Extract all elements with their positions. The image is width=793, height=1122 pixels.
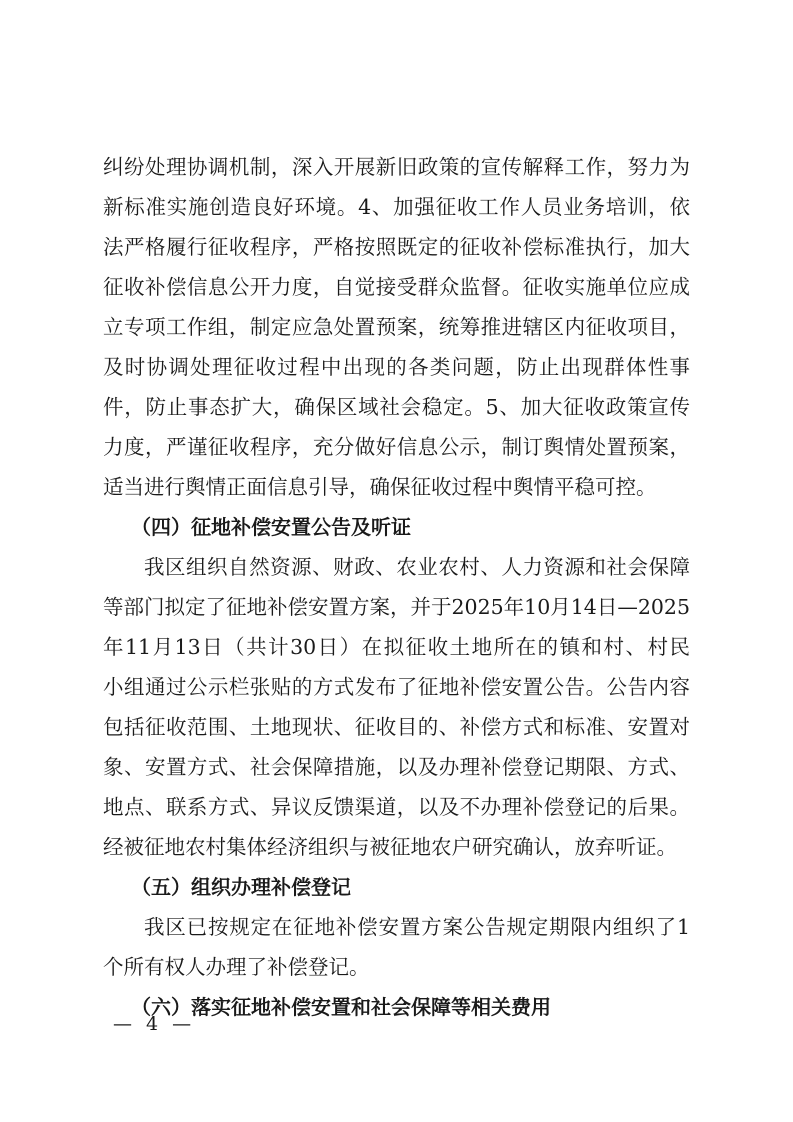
paragraph-line: 地点、联系方式、异议反馈渠道，以及不办理补偿登记的后果。 [103,787,690,827]
paragraph-line: 个所有权人办理了补偿登记。 [103,947,690,987]
document-body: 纠纷处理协调机制，深入开展新旧政策的宣传解释工作，努力为 新标准实施创造良好环境… [103,147,690,1027]
paragraph-line: 法严格履行征收程序，严格按照既定的征收补偿标准执行，加大 [103,227,690,267]
paragraph-line: 等部门拟定了征地补偿安置方案，并于2025年10月14日—2025 [103,587,690,627]
paragraph-line: 新标准实施创造良好环境。4、加强征收工作人员业务培训，依 [103,187,690,227]
paragraph-line: 我区已按规定在征地补偿安置方案公告规定期限内组织了1 [103,907,690,947]
paragraph-line: 纠纷处理协调机制，深入开展新旧政策的宣传解释工作，努力为 [103,147,690,187]
paragraph-line: 我区组织自然资源、财政、农业农村、人力资源和社会保障 [103,547,690,587]
section-heading-5: （五）组织办理补偿登记 [103,867,690,907]
paragraph-line: 征收补偿信息公开力度，自觉接受群众监督。征收实施单位应成 [103,267,690,307]
paragraph-line: 及时协调处理征收过程中出现的各类问题，防止出现群体性事 [103,347,690,387]
paragraph-line: 年11月13日（共计30日）在拟征收土地所在的镇和村、村民 [103,627,690,667]
paragraph-line: 经被征地农村集体经济组织与被征地农户研究确认，放弃听证。 [103,827,690,867]
paragraph-line: 立专项工作组，制定应急处置预案，统筹推进辖区内征收项目， [103,307,690,347]
paragraph-line: 件，防止事态扩大，确保区域社会稳定。5、加大征收政策宣传 [103,387,690,427]
paragraph-line: 适当进行舆情正面信息引导，确保征收过程中舆情平稳可控。 [103,467,690,507]
paragraph-line: 象、安置方式、社会保障措施，以及办理补偿登记期限、方式、 [103,747,690,787]
section-heading-4: （四）征地补偿安置公告及听证 [103,507,690,547]
paragraph-line: 小组通过公示栏张贴的方式发布了征地补偿安置公告。公告内容 [103,667,690,707]
paragraph-line: 力度，严谨征收程序，充分做好信息公示，制订舆情处置预案， [103,427,690,467]
paragraph-line: 包括征收范围、土地现状、征收目的、补偿方式和标准、安置对 [103,707,690,747]
page-number: — 4 — [113,1013,195,1035]
